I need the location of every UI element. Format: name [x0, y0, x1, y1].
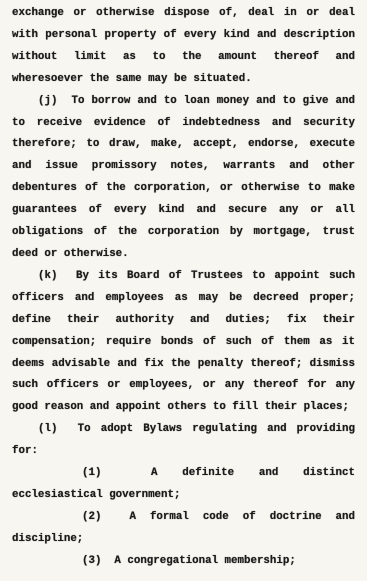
paragraph-continuation: exchange or otherwise dispose of, deal i…: [12, 3, 355, 91]
paragraph-bylaw-item-2: (2) A formal code of doctrine and discip…: [12, 507, 355, 551]
paragraph-clause-j: (j) To borrow and to loan money and to g…: [12, 91, 355, 266]
paragraph-clause-l: (l) To adopt Bylaws regulating and provi…: [12, 419, 355, 463]
paragraph-bylaw-item-1: (1) A definite and distinct ecclesiastic…: [12, 463, 355, 507]
scanned-document-page: exchange or otherwise dispose of, deal i…: [0, 0, 367, 581]
paragraph-bylaw-item-3: (3) A congregational membership;: [12, 551, 355, 573]
paragraph-clause-k: (k) By its Board of Trustees to appoint …: [12, 266, 355, 419]
